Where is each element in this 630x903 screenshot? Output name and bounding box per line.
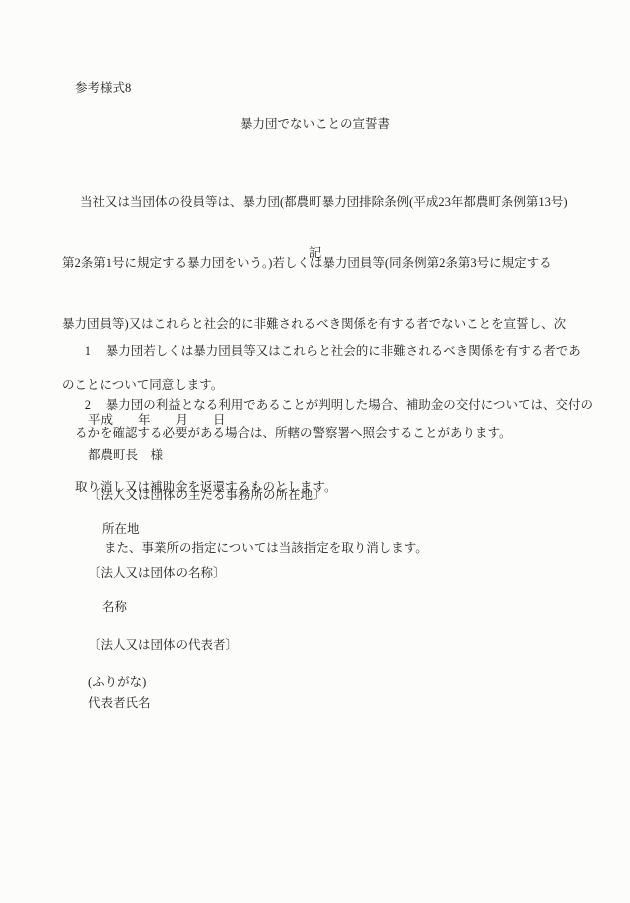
document-title: 暴力団でないことの宣誓書: [0, 114, 630, 134]
recipient-line: 都農町長 様: [88, 445, 163, 465]
date-line: 平成 年 月 日: [88, 410, 226, 430]
office-address-label: 所在地: [102, 519, 140, 539]
org-name-label: 名称: [102, 597, 127, 617]
item-2: 2暴力団の利益となる利用であることが判明した場合、補助金の交付については、交付の…: [66, 334, 593, 599]
furigana-label: (ふりがな): [88, 672, 146, 692]
document-page: 参考様式8 暴力団でないことの宣誓書 当社又は当団体の役員等は、暴力団(都農町暴…: [0, 0, 630, 903]
representative-name-label: 代表者氏名: [88, 693, 151, 713]
form-number: 参考様式8: [75, 78, 131, 98]
office-address-heading: 〔法人又は団体の主たる事務所の所在地〕: [88, 485, 326, 505]
intro-line-1: 当社又は当団体の役員等は、暴力団(都農町暴力団排除条例(平成23年都農町条例第1…: [62, 192, 568, 212]
item-2-line-3: また、事業所の指定については当該指定を取り消します。: [66, 538, 593, 558]
org-name-heading: 〔法人又は団体の名称〕: [88, 563, 226, 583]
representative-heading: 〔法人又は団体の代表者〕: [88, 635, 238, 655]
ki-heading: 記: [0, 243, 630, 263]
